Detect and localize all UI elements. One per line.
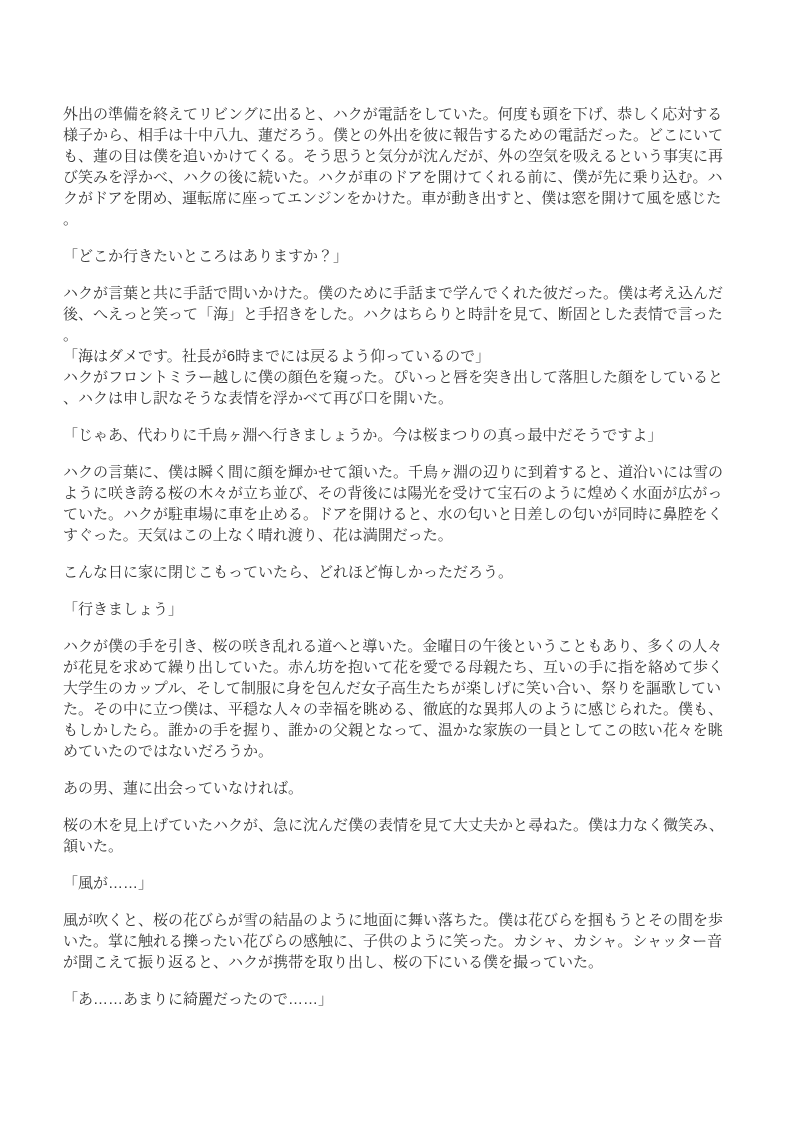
paragraph-narration: こんな日に家に閉じこもっていたら、どれほど悔しかっただろう。 xyxy=(63,562,731,583)
paragraph-narration: 風が吹くと、桜の花びらが雪の結晶のように地面に舞い落ちた。僕は花びらを掴もうとそ… xyxy=(63,910,731,973)
paragraph-narration: ハクが僕の手を引き、桜の咲き乱れる道へと導いた。金曜日の午後ということもあり、多… xyxy=(63,636,731,762)
paragraph-narration: ハクの言葉に、僕は瞬く間に顔を輝かせて頷いた。千鳥ヶ淵の辺りに到着すると、道沿い… xyxy=(63,462,731,546)
paragraph-dialogue: 「行きましょう」 xyxy=(63,599,731,620)
paragraph-narration: ハクが言葉と共に手話で問いかけた。僕のために手話まで学んでくれた彼だった。僕は考… xyxy=(63,283,731,409)
document-page: 外出の準備を終えてリビングに出ると、ハクが電話をしていた。何度も頭を下げ、恭しく… xyxy=(0,0,793,1122)
paragraph-dialogue: 「風が……」 xyxy=(63,873,731,894)
paragraph-narration: 外出の準備を終えてリビングに出ると、ハクが電話をしていた。何度も頭を下げ、恭しく… xyxy=(63,104,731,230)
text-block: 外出の準備を終えてリビングに出ると、ハクが電話をしていた。何度も頭を下げ、恭しく… xyxy=(63,104,731,1010)
paragraph-narration: あの男、蓮に出会っていなければ。 xyxy=(63,778,731,799)
paragraph-dialogue: 「じゃあ、代わりに千鳥ヶ淵へ行きましょうか。今は桜まつりの真っ最中だそうですよ」 xyxy=(63,425,731,446)
paragraph-dialogue: 「あ……あまりに綺麗だったので……」 xyxy=(63,989,731,1010)
paragraph-dialogue: 「どこか行きたいところはありますか？」 xyxy=(63,246,731,267)
paragraph-narration: 桜の木を見上げていたハクが、急に沈んだ僕の表情を見て大丈夫かと尋ねた。僕は力なく… xyxy=(63,815,731,857)
